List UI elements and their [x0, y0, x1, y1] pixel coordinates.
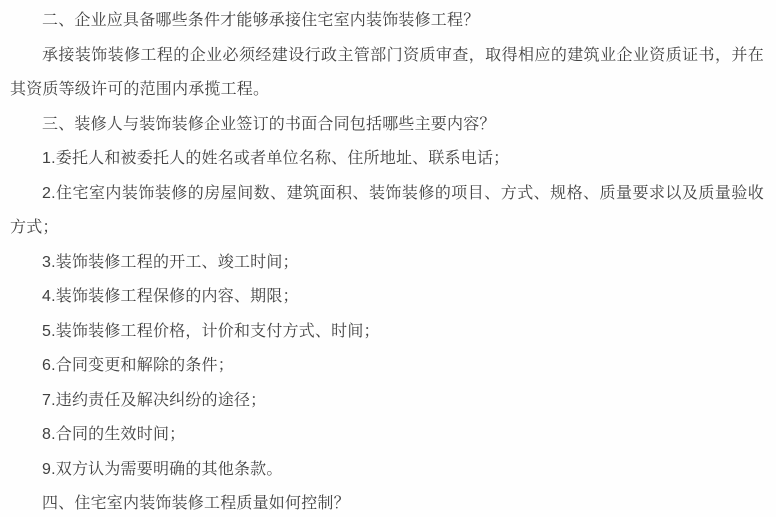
section-question-2-heading: 二、企业应具备哪些条件才能够承接住宅室内装饰装修工程？ [10, 4, 764, 39]
section-question-3-heading: 三、装修人与装饰装修企业签订的书面合同包括哪些主要内容？ [10, 108, 764, 143]
contract-list-item-6: 6.合同变更和解除的条件； [10, 349, 764, 384]
contract-list-item-1: 1.委托人和被委托人的姓名或者单位名称、住所地址、联系电话； [10, 142, 764, 177]
section-answer-2-paragraph: 承接装饰装修工程的企业必须经建设行政主管部门资质审查，取得相应的建筑业企业资质证… [10, 39, 764, 108]
contract-list-item-3: 3.装饰装修工程的开工、竣工时间； [10, 246, 764, 281]
contract-list-item-9: 9.双方认为需要明确的其他条款。 [10, 453, 764, 488]
contract-list-item-8: 8.合同的生效时间； [10, 418, 764, 453]
document-page: 二、企业应具备哪些条件才能够承接住宅室内装饰装修工程？ 承接装饰装修工程的企业必… [0, 0, 776, 517]
contract-list-item-4: 4.装饰装修工程保修的内容、期限； [10, 280, 764, 315]
contract-list-item-7: 7.违约责任及解决纠纷的途径； [10, 384, 764, 419]
contract-list-item-5: 5.装饰装修工程价格，计价和支付方式、时间； [10, 315, 764, 350]
contract-list-item-2: 2.住宅室内装饰装修的房屋间数、建筑面积、装饰装修的项目、方式、规格、质量要求以… [10, 177, 764, 246]
section-question-4-heading: 四、住宅室内装饰装修工程质量如何控制？ [10, 487, 764, 517]
